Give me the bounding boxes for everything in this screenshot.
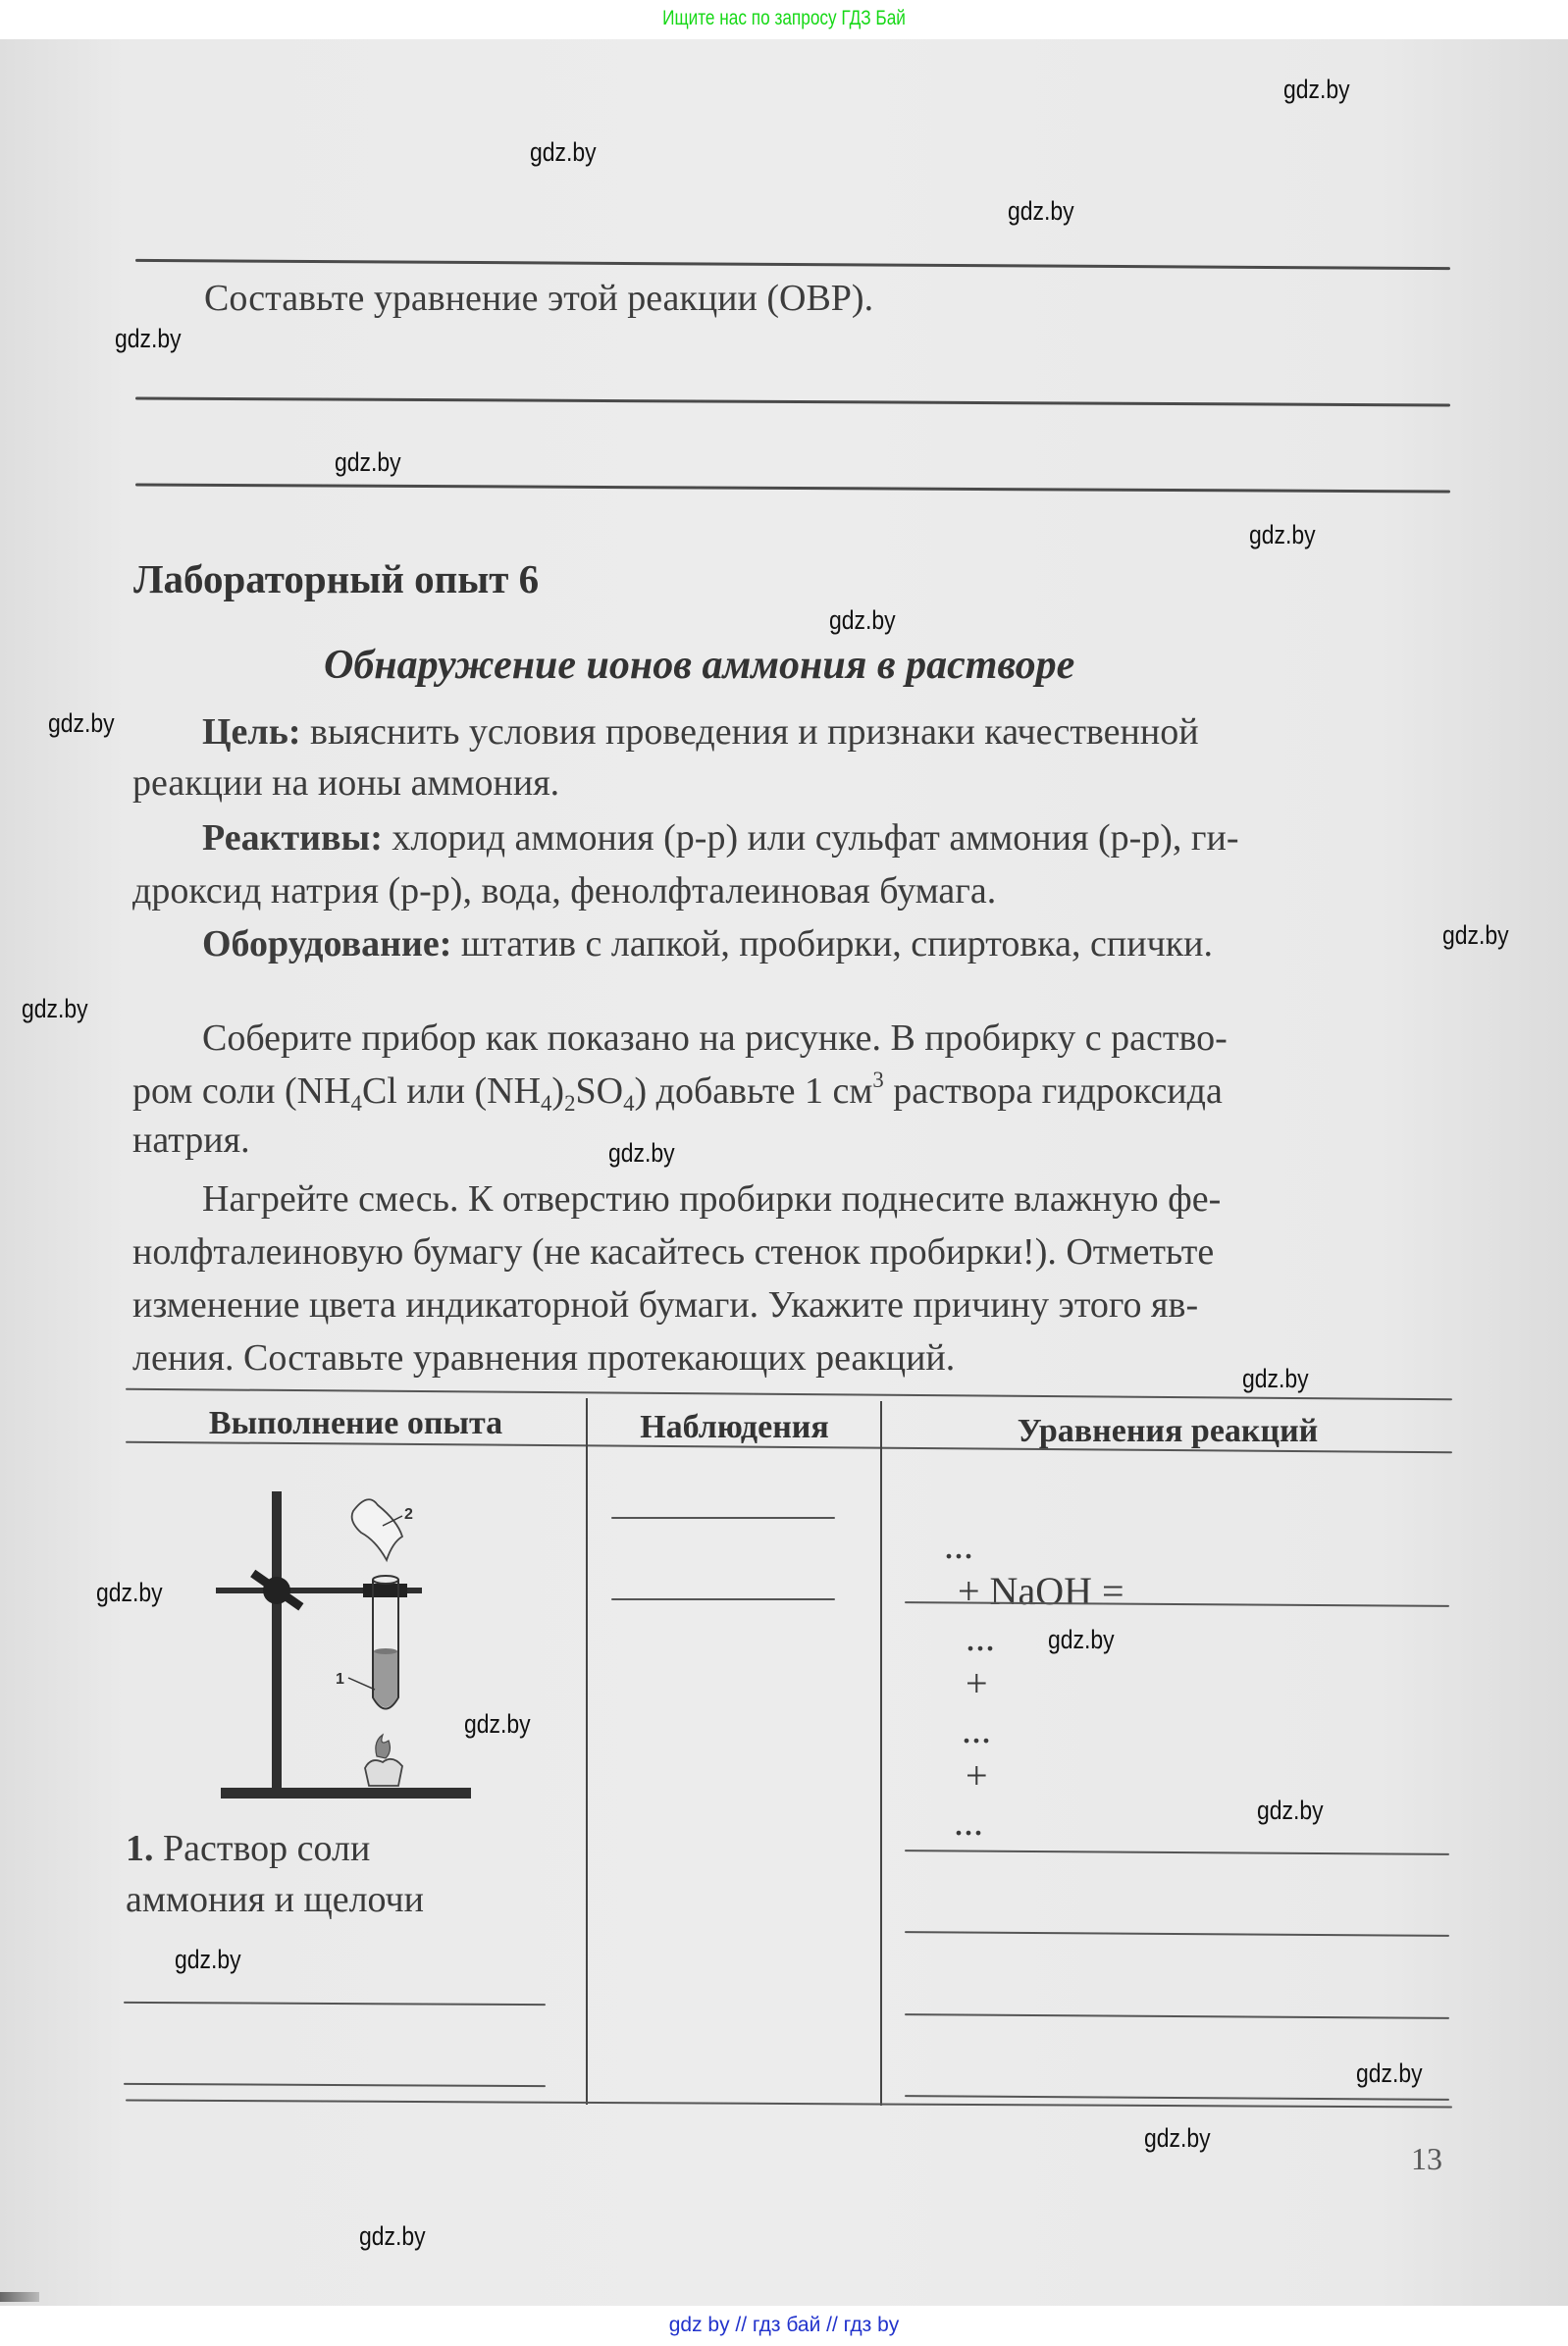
watermark: gdz.by [115,324,182,354]
eq-reagent: + NaOH = [958,1569,1124,1613]
formula-part: раствора гидроксида [884,1070,1223,1112]
answer-line-observation [611,1517,835,1519]
eq-product-2: ... [962,1707,991,1751]
label-1-pointer: 1 [336,1671,375,1690]
eq-plus: + [966,1753,988,1798]
answer-line-observation [611,1598,835,1600]
watermark: gdz.by [1356,2059,1423,2089]
formula-part: SO [575,1070,623,1112]
page-edge-shadow [0,2292,39,2302]
watermark: gdz.by [1048,1625,1115,1655]
procedure-p1-line1: Соберите прибор как показано на рисунке.… [202,1011,1228,1066]
watermark: gdz.by [1242,1364,1309,1394]
reagents-paragraph: Реактивы: хлорид аммония (р-р) или сульф… [202,810,1238,865]
column-header-procedure: Выполнение опыта [128,1405,584,1442]
subscript: 4 [623,1091,634,1116]
procedure-p2-line4: ления. Составьте уравнения протекающих р… [132,1330,955,1385]
watermark: gdz.by [530,137,597,168]
reagents-paragraph-cont: дроксид натрия (р-р), вода, фенолфталеин… [132,863,996,918]
superscript: 3 [872,1068,883,1092]
equipment-paragraph: Оборудование: штатив с лапкой, пробирки,… [202,916,1213,971]
watermark: gdz.by [464,1709,531,1740]
subscript: 4 [351,1091,362,1116]
step-caption: 1. Раствор соли [126,1823,370,1874]
label-2: 2 [404,1506,413,1523]
eq-product-1: ... [966,1615,995,1659]
goal-paragraph: Цель: выяснить условия проведения и приз… [202,704,1468,759]
reagents-label: Реактивы: [202,817,383,859]
watermark: gdz.by [96,1578,163,1608]
watermark: gdz.by [1442,920,1509,951]
goal-text: выяснить условия проведения и признаки к… [310,711,1199,753]
watermark: gdz.by [175,1945,241,1975]
eq-product-3: ... [954,1799,983,1844]
watermark: gdz.by [1008,196,1074,227]
watermark: gdz.by [1257,1796,1324,1826]
watermark: gdz.by [22,994,88,1024]
watermark: gdz.by [829,605,896,636]
eq-plus: + [966,1661,988,1705]
reaction-equation: ... + NaOH = ... + ... + ... [905,1476,1124,1891]
column-header-observations: Наблюдения [589,1409,880,1446]
lab-apparatus-illustration: 2 1 [196,1472,491,1805]
page-number: 13 [1411,2141,1442,2177]
procedure-p1-line3: натрия. [132,1113,250,1168]
formula-part: Cl или (NH [362,1070,541,1112]
top-banner[interactable]: Ищите нас по запросу ГДЗ Бай [141,0,1427,39]
watermark: gdz.by [608,1138,675,1169]
watermark: gdz.by [48,708,115,739]
watermark: gdz.by [1144,2123,1211,2154]
column-header-equations: Уравнения реакций [883,1413,1452,1450]
reagents-text: хлорид аммония (р-р) или сульфат аммония… [392,817,1238,859]
procedure-p2-line1: Нагрейте смесь. К отверстию пробирки под… [202,1172,1221,1226]
equipment-label: Оборудование: [202,923,451,964]
equipment-text: штатив с лапкой, пробирки, спиртовка, сп… [461,923,1213,964]
goal-label: Цель: [202,711,301,753]
procedure-p2-line3: изменение цвета индикаторной бумаги. Ука… [132,1277,1198,1332]
subscript: 4 [541,1091,551,1116]
alcohol-burner-icon [365,1735,402,1786]
eq-reactant: ... [944,1523,973,1567]
goal-paragraph-cont: реакции на ионы аммония. [132,756,559,810]
watermark: gdz.by [359,2221,426,2252]
formula-part: ром соли (NH [132,1070,351,1112]
instruction-ovr: Составьте уравнение этой реакции (ОВР). [204,271,873,326]
flame-icon [376,1735,391,1758]
step-number: 1. [126,1828,154,1869]
watermark: gdz.by [335,447,401,478]
procedure-p1-line2: ром соли (NH4Cl или (NH4)2SO4) добавьте … [132,1064,1223,1119]
stand-icon [216,1491,471,1799]
step-caption-line1: Раствор соли [163,1828,370,1869]
table-col-divider [586,1398,588,2105]
procedure-p2-line2: нолфталеиновую бумагу (не касайтесь стен… [132,1225,1214,1279]
lab-title: Обнаружение ионов аммония в растворе [324,642,1074,689]
watermark: gdz.by [1283,75,1350,105]
indicator-paper-icon: 2 [352,1499,413,1560]
formula-part: ) [551,1070,564,1112]
svg-text:1: 1 [336,1671,344,1688]
lab-heading: Лабораторный опыт 6 [133,555,539,602]
subscript: 2 [564,1091,575,1116]
watermark: gdz.by [1249,520,1316,550]
bottom-banner-links[interactable]: gdz by // гдз бай // гдз by [0,2306,1568,2346]
formula-part: ) добавьте 1 см [634,1070,872,1112]
table-col-divider [880,1401,882,2106]
step-caption-line2: аммония и щелочи [126,1874,424,1925]
